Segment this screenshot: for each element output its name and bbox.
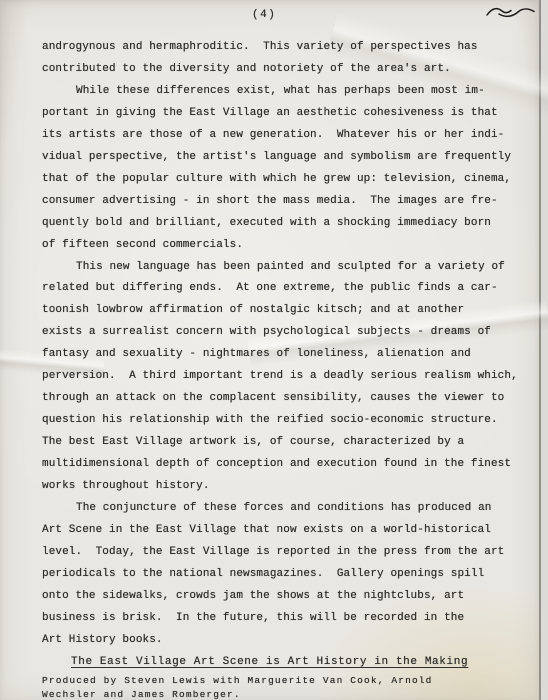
text-line: periodicals to the national newsmagazine…	[42, 564, 534, 586]
text-line: Art Scene in the East Village that now e…	[42, 520, 534, 542]
text-line: related but differing ends. At one extre…	[42, 278, 534, 300]
text-line: The East Village Art Scene is Art Histor…	[42, 652, 534, 674]
text-line: consumer advertising - in short the mass…	[42, 191, 534, 213]
text-line: exists a surrealist concern with psychol…	[42, 322, 534, 344]
text-line: level. Today, the East Village is report…	[42, 542, 534, 564]
text-line: question his relationship with the reifi…	[42, 410, 534, 432]
text-line: While these differences exist, what has …	[42, 81, 534, 103]
text-line: through an attack on the complacent sens…	[42, 388, 534, 410]
pen-squiggle-mark	[485, 4, 537, 21]
text-line: This new language has been painted and s…	[42, 257, 534, 279]
page-number: (4)	[252, 9, 276, 21]
text-line: of fifteen second commercials.	[42, 235, 534, 257]
text-line: contributed to the diversity and notorie…	[42, 59, 534, 81]
text-line: perversion. A third important trend is a…	[42, 366, 534, 388]
document-body: androgynous and hermaphroditic. This var…	[42, 37, 534, 700]
text-line: fantasy and sexuality - nightmares of lo…	[42, 344, 534, 366]
paper-sheet: (4) androgynous and hermaphroditic. This…	[0, 0, 541, 700]
text-line: Produced by Steven Lewis with Marguerite…	[42, 674, 534, 688]
text-line: vidual perspective, the artist's languag…	[42, 147, 534, 169]
text-line: that of the popular culture with which h…	[42, 169, 534, 191]
text-line: portant in giving the East Village an ae…	[42, 103, 534, 125]
text-line: business is brisk. In the future, this w…	[42, 608, 534, 630]
text-line: Wechsler and James Romberger.	[42, 688, 534, 700]
text-line: works throughout history.	[42, 476, 534, 498]
text-line: multidimensional depth of conception and…	[42, 454, 534, 476]
text-line: Art History books.	[42, 630, 534, 652]
text-line: The best East Village artwork is, of cou…	[42, 432, 534, 454]
text-line: The conjuncture of these forces and cond…	[42, 498, 534, 520]
text-line: quently bold and brilliant, executed wit…	[42, 213, 534, 235]
text-line: androgynous and hermaphroditic. This var…	[42, 37, 534, 59]
text-line: toonish lowbrow affirmation of nostalgic…	[42, 300, 534, 322]
text-line: onto the sidewalks, crowds jam the shows…	[42, 586, 534, 608]
scanned-page: (4) androgynous and hermaphroditic. This…	[0, 0, 548, 700]
text-line: its artists are those of a new generatio…	[42, 125, 534, 147]
